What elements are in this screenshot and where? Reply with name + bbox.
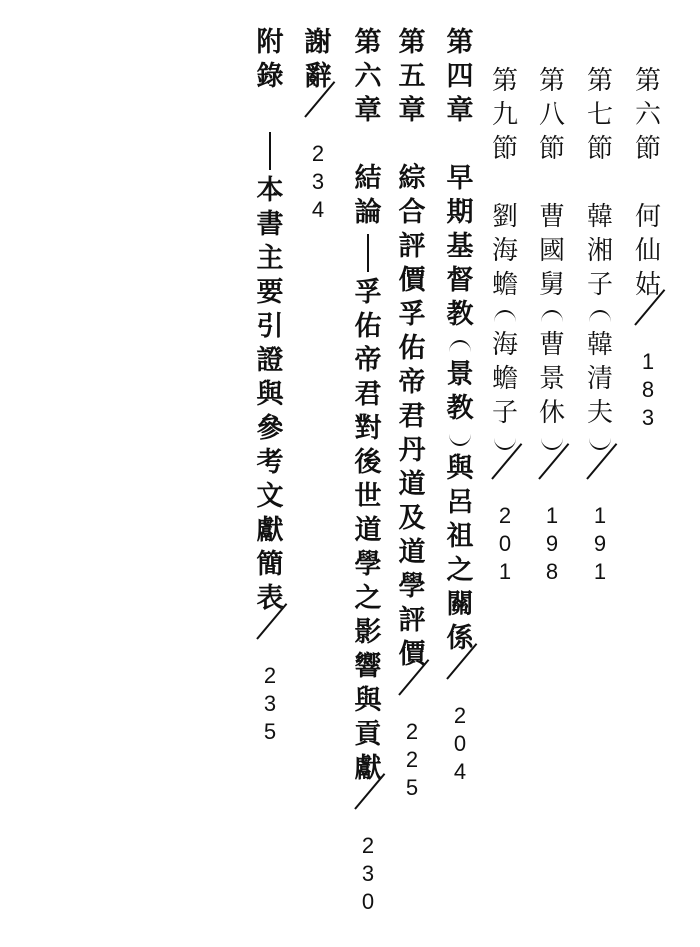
alias-char: 清 (583, 362, 617, 396)
entry-title-char: 期 (443, 196, 477, 230)
page-number-digit: 2 (395, 746, 429, 774)
entry-label-char: 八 (535, 98, 569, 132)
slash-separator-icon (351, 786, 385, 832)
entry-title-char: 與 (351, 684, 385, 718)
toc-entry-sec-9[interactable]: 第九節劉海蟾海蟾子201 (485, 64, 525, 586)
entry-title-char: 呂 (443, 486, 477, 520)
entry-title-char: 湘 (583, 234, 617, 268)
entry-label-char: 錄 (253, 60, 287, 94)
entry-title-char: 道 (395, 468, 429, 502)
entry-title-char: 之 (351, 582, 385, 616)
entry-label-char: 第 (583, 64, 617, 98)
entry-title-char: 引 (253, 310, 287, 344)
entry-label-char: 第 (631, 64, 665, 98)
entry-title-char: 與 (443, 452, 477, 486)
entry-label-char: 節 (535, 132, 569, 166)
entry-label-char: 四 (443, 60, 477, 94)
entry-title-char: 早 (443, 162, 477, 196)
entry-title-char: 君 (395, 400, 429, 434)
entry-title-char: 何 (631, 200, 665, 234)
entry-title-char: 本 (253, 174, 287, 208)
page-number-digit: 1 (488, 558, 522, 586)
entry-label-char: 第 (443, 26, 477, 60)
entry-title-char: 佑 (351, 310, 385, 344)
page-number-digit: 0 (351, 888, 385, 916)
slash-separator-icon (488, 456, 522, 502)
page-number-digit: 1 (631, 348, 665, 376)
entry-title-char: 評 (395, 604, 429, 638)
entry-label-char: 章 (443, 94, 477, 128)
entry-title-char: 對 (351, 412, 385, 446)
open-paren-icon (488, 302, 522, 328)
toc-entry-sec-6[interactable]: 第六節何仙姑183 (628, 64, 668, 432)
open-paren-icon (443, 332, 477, 358)
close-paren-icon (488, 430, 522, 456)
entry-title-char: 之 (443, 554, 477, 588)
open-paren-icon (583, 302, 617, 328)
toc-entry-sec-8[interactable]: 第八節曹國舅曹景休198 (532, 64, 572, 586)
entry-label-char: 節 (488, 132, 522, 166)
page-number-digit: 8 (631, 376, 665, 404)
slash-separator-icon (535, 456, 569, 502)
page-number-digit: 4 (301, 196, 335, 224)
alias-char: 夫 (583, 396, 617, 430)
entry-title-char: 證 (253, 344, 287, 378)
page-number-digit: 1 (583, 558, 617, 586)
entry-title-char: 參 (253, 412, 287, 446)
page-number-digit: 3 (301, 168, 335, 196)
entry-label-char: 章 (351, 94, 385, 128)
entry-title-char: 君 (351, 378, 385, 412)
entry-title-char: 書 (253, 208, 287, 242)
entry-title-char: 子 (583, 268, 617, 302)
entry-title-char: 簡 (253, 548, 287, 582)
page-number-digit: 2 (488, 502, 522, 530)
entry-title-char: 結 (351, 162, 385, 196)
entry-label-char: 六 (351, 60, 385, 94)
open-paren-icon (535, 302, 569, 328)
entry-title-char: 海 (488, 234, 522, 268)
toc-entry-sec-7[interactable]: 第七節韓湘子韓清夫191 (580, 64, 620, 586)
slash-separator-icon (583, 456, 617, 502)
entry-label-char: 附 (253, 26, 287, 60)
entry-title-char: 主 (253, 242, 287, 276)
close-paren-icon (443, 426, 477, 452)
page-number-digit: 3 (351, 860, 385, 888)
alias-char: 子 (488, 396, 522, 430)
page-number-digit: 2 (253, 662, 287, 690)
page-number-digit: 2 (395, 718, 429, 746)
page-number-digit: 3 (631, 404, 665, 432)
alias-char: 教 (443, 392, 477, 426)
entry-title-char: 國 (535, 234, 569, 268)
entry-label-char: 節 (583, 132, 617, 166)
entry-label-char: 第 (395, 26, 429, 60)
page-number-digit: 0 (488, 530, 522, 558)
entry-label-char: 第 (488, 64, 522, 98)
entry-label-char: 七 (583, 98, 617, 132)
page-number-digit: 1 (535, 502, 569, 530)
slash-separator-icon (301, 94, 335, 140)
page-number-digit: 5 (395, 774, 429, 802)
slash-separator-icon (631, 302, 665, 348)
page-number-digit: 9 (583, 530, 617, 558)
close-paren-icon (535, 430, 569, 456)
entry-title-char: 孚 (395, 298, 429, 332)
entry-label-char: 五 (395, 60, 429, 94)
entry-title-char: 韓 (583, 200, 617, 234)
alias-char: 休 (535, 396, 569, 430)
page-number-digit: 2 (301, 140, 335, 168)
entry-title-char: 祖 (443, 520, 477, 554)
entry-title-char: 學 (351, 548, 385, 582)
toc-page: 第六節何仙姑183第七節韓湘子韓清夫191第八節曹國舅曹景休198第九節劉海蟾海… (0, 0, 700, 947)
entry-title-char: 文 (253, 480, 287, 514)
entry-label-char: 節 (631, 132, 665, 166)
entry-title-char: 蟾 (488, 268, 522, 302)
entry-title-char: 學 (395, 570, 429, 604)
entry-title-char: 道 (351, 514, 385, 548)
entry-title-char: 世 (351, 480, 385, 514)
close-paren-icon (583, 430, 617, 456)
slash-separator-icon (443, 656, 477, 702)
entry-label-char: 六 (631, 98, 665, 132)
alias-char: 景 (535, 362, 569, 396)
toc-entry-ch-6[interactable]: 第六章結論孚佑帝君對後世道學之影響與貢獻230 (348, 26, 388, 916)
slash-separator-icon (395, 672, 429, 718)
entry-title-char: 孚 (351, 276, 385, 310)
entry-title-char: 曹 (535, 200, 569, 234)
entry-title-char: 貢 (351, 718, 385, 752)
entry-title-char: 論 (351, 196, 385, 230)
page-number-digit: 5 (253, 718, 287, 746)
entry-title-char: 與 (253, 378, 287, 412)
entry-title-char: 教 (443, 298, 477, 332)
entry-title-char: 道 (395, 536, 429, 570)
entry-title-char: 劉 (488, 200, 522, 234)
entry-title-char: 評 (395, 230, 429, 264)
toc-entry-appendix[interactable]: 附錄本書主要引證與參考文獻簡表235 (250, 26, 290, 746)
page-number-digit: 3 (253, 690, 287, 718)
page-number-digit: 9 (535, 530, 569, 558)
entry-title-char: 及 (395, 502, 429, 536)
toc-entry-thanks[interactable]: 謝辭234 (298, 26, 338, 224)
entry-title-char: 帝 (395, 366, 429, 400)
entry-label-char: 謝 (301, 26, 335, 60)
toc-entry-ch-5[interactable]: 第五章綜合評價孚佑帝君丹道及道學評價225 (392, 26, 432, 802)
entry-label-char: 第 (535, 64, 569, 98)
entry-label-char: 九 (488, 98, 522, 132)
entry-title-char: 後 (351, 446, 385, 480)
entry-title-char: 基 (443, 230, 477, 264)
entry-title-char: 合 (395, 196, 429, 230)
entry-title-char: 獻 (253, 514, 287, 548)
em-dash-icon (351, 230, 385, 276)
page-number-digit: 2 (351, 832, 385, 860)
entry-title-char: 響 (351, 650, 385, 684)
entry-title-char: 考 (253, 446, 287, 480)
page-number-digit: 8 (535, 558, 569, 586)
alias-char: 蟾 (488, 362, 522, 396)
entry-title-char: 舅 (535, 268, 569, 302)
entry-title-char: 佑 (395, 332, 429, 366)
page-number-digit: 1 (583, 502, 617, 530)
em-dash-icon (253, 128, 287, 174)
entry-title-char: 帝 (351, 344, 385, 378)
entry-title-char: 督 (443, 264, 477, 298)
entry-title-char: 影 (351, 616, 385, 650)
entry-title-char: 要 (253, 276, 287, 310)
slash-separator-icon (253, 616, 287, 662)
entry-title-char: 價 (395, 264, 429, 298)
entry-title-char: 仙 (631, 234, 665, 268)
entry-title-char: 丹 (395, 434, 429, 468)
entry-title-char: 關 (443, 588, 477, 622)
toc-entry-ch-4[interactable]: 第四章早期基督教景教與呂祖之關係204 (440, 26, 480, 786)
entry-label-char: 章 (395, 94, 429, 128)
entry-title-char: 綜 (395, 162, 429, 196)
page-number-digit: 0 (443, 730, 477, 758)
page-number-digit: 4 (443, 758, 477, 786)
entry-label-char: 第 (351, 26, 385, 60)
page-number-digit: 2 (443, 702, 477, 730)
